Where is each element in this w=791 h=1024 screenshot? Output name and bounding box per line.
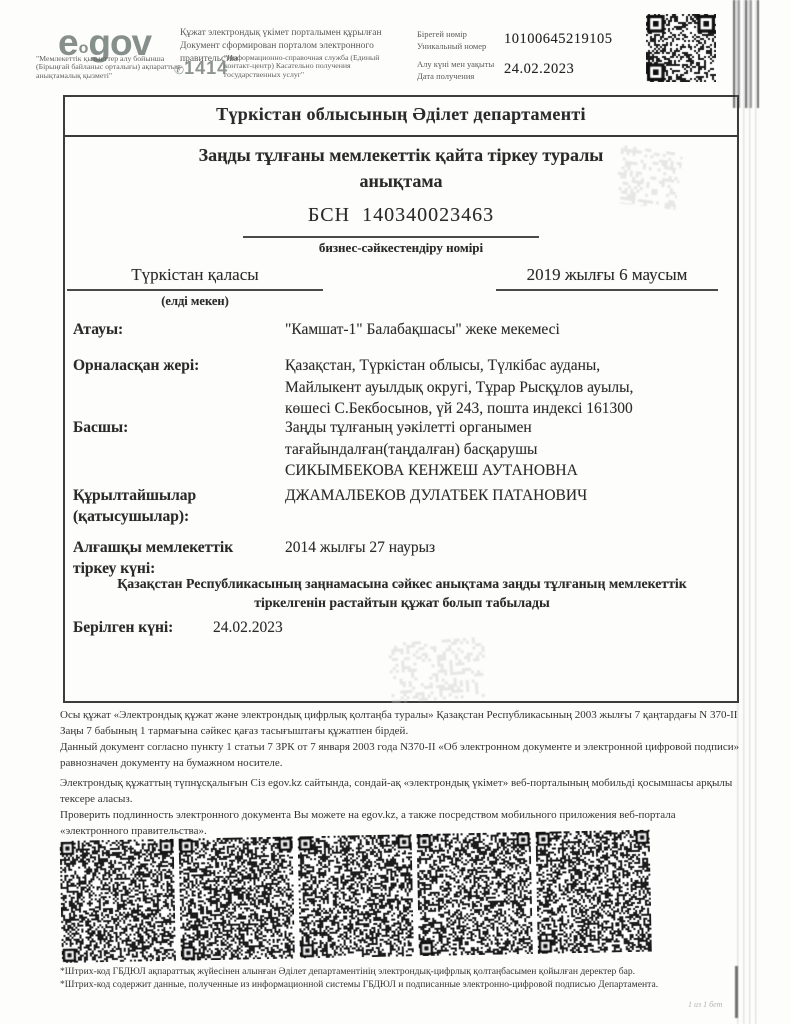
bsn-underline	[243, 236, 539, 238]
field-value: Заңды тұлғаның уәкілетті органымен тағай…	[285, 417, 731, 482]
issued-date-value: 24.02.2023	[213, 619, 283, 637]
scan-streak-right-edge	[737, 0, 757, 1024]
watermark-ghost	[613, 145, 683, 216]
phone-icon: ✆	[174, 63, 184, 77]
field-name: Атауы: "Камшат-1" Балабақшасы" жеке меке…	[73, 319, 733, 341]
bsn-caption: бизнес-сәйкестендіру номірі	[65, 240, 737, 256]
call-center-caption-ru: "Информационно-справочная служба (Единый…	[224, 54, 399, 79]
field-label: Құрылтайшылар (қатысушылар):	[73, 485, 285, 527]
field-first-registration: Алғашқы мемлекеттік тіркеу күні: 2014 жы…	[73, 537, 733, 579]
barcode-block	[536, 830, 652, 954]
confirmation-note: Қазақстан Республикасының заңнамасына сә…	[75, 574, 729, 612]
field-value: 2014 жылғы 27 наурыз	[285, 537, 731, 579]
field-head: Басшы: Заңды тұлғаның уәкілетті органыме…	[73, 417, 733, 482]
issued-date-label: Берілген күні:	[73, 619, 213, 637]
phone-number: 1414	[184, 58, 228, 78]
field-label: Басшы:	[73, 417, 285, 482]
receive-date-value: 24.02.2023	[504, 61, 574, 78]
scanned-certificate-page: eogov Құжат электрондық үкімет порталыме…	[0, 0, 791, 1024]
settlement-underline	[67, 289, 323, 291]
title-divider	[64, 135, 739, 137]
registration-date-underline	[496, 289, 718, 291]
registration-date-block: 2019 жылғы 6 маусым	[496, 265, 718, 291]
field-label: Алғашқы мемлекеттік тіркеу күні:	[73, 537, 285, 579]
barcode-block	[60, 839, 176, 963]
legal-kz-2: Электрондық құжаттың түпнұсқалығын Сіз e…	[60, 775, 740, 807]
legal-ru-1: Данный документ согласно пункту 1 статьи…	[60, 739, 740, 771]
field-value: Қазақстан, Түркістан облысы, Түлкібас ау…	[285, 355, 731, 420]
certificate-body: Түркістан облысының Әділет департаменті …	[63, 95, 739, 703]
signature-barcode-strip	[60, 830, 658, 963]
barcode-block	[298, 834, 414, 958]
issued-date-row: Берілген күні: 24.02.2023	[73, 619, 283, 637]
field-label: Атауы:	[73, 319, 285, 341]
scan-streak-bottom-right	[735, 966, 738, 1018]
legal-kz-1: Осы құжат «Электрондық құжат және электр…	[60, 707, 740, 739]
footnote-ru: *Штрих-код содержит данные, полученные и…	[60, 978, 750, 991]
call-center-phone: ✆1414	[174, 58, 228, 79]
call-center-caption-kz: "Мемлекеттік қызметтер алу бойынша (Біры…	[36, 55, 186, 80]
bsn-value: 140340023463	[362, 204, 494, 226]
department-title: Түркістан облысының Әділет департаменті	[65, 104, 737, 125]
barcode-block	[417, 832, 533, 956]
barcode-block	[179, 837, 295, 961]
barcode-footnotes: *Штрих-код ГБДЮЛ ақпараттық жүйесінен ал…	[60, 965, 750, 991]
field-founders: Құрылтайшылар (қатысушылар): ДЖАМАЛБЕКОВ…	[73, 485, 733, 527]
field-value: "Камшат-1" Балабақшасы" жеке мекемесі	[285, 319, 731, 341]
field-location: Орналасқан жері: Қазақстан, Түркістан об…	[73, 355, 733, 420]
settlement-block: Түркістан қаласы (елді мекен)	[67, 265, 323, 309]
legal-paragraph-1: Осы құжат «Электрондық құжат және электр…	[60, 707, 740, 771]
watermark-ghost	[388, 637, 488, 709]
field-value: ДЖАМАЛБЕКОВ ДУЛАТБЕК ПАТАНОВИЧ	[285, 485, 731, 527]
portal-caption-kz: Құжат электрондық үкімет порталымен құры…	[180, 27, 420, 40]
registration-date-value: 2019 жылғы 6 маусым	[496, 265, 718, 285]
settlement-caption: (елді мекен)	[67, 294, 323, 309]
bsn-label: БСН	[308, 204, 350, 226]
page-marker: 1 из 1 бет	[688, 1000, 722, 1009]
footnote-kz: *Штрих-код ГБДЮЛ ақпараттық жүйесінен ал…	[60, 965, 750, 978]
qr-code	[646, 14, 716, 87]
unique-number-value: 10100645219105	[504, 31, 613, 48]
field-label: Орналасқан жері:	[73, 355, 285, 420]
settlement-value: Түркістан қаласы	[67, 265, 323, 285]
